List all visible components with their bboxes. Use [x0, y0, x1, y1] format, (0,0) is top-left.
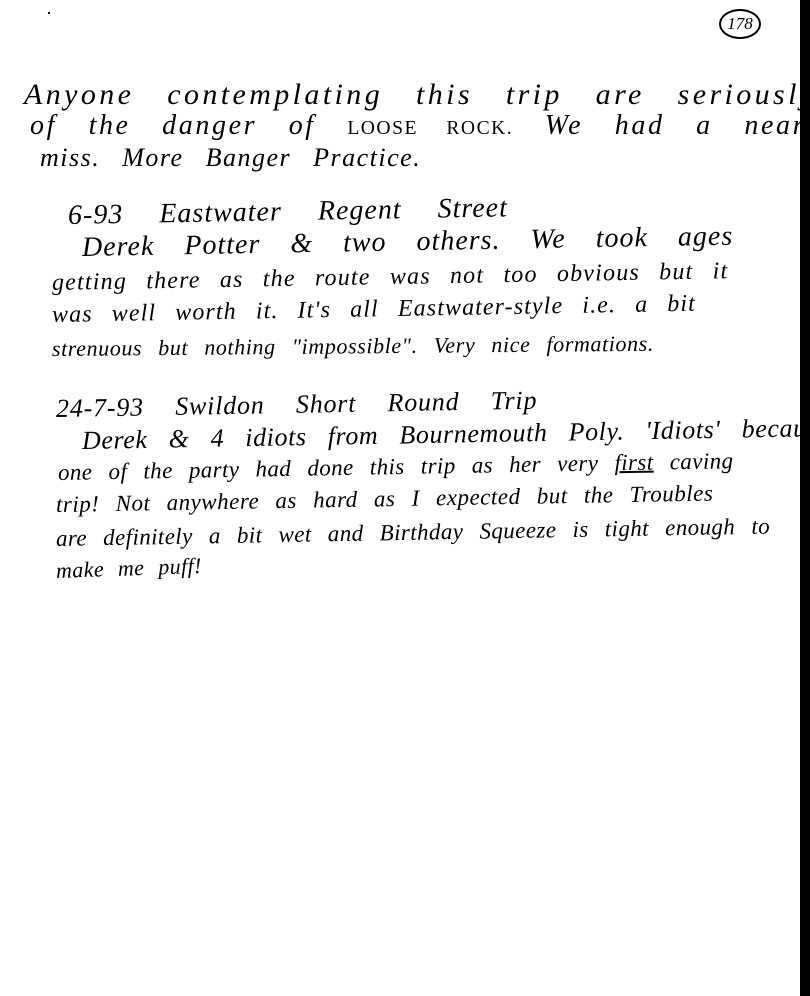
entry-2-line-2-tail: caving: [669, 448, 733, 474]
page-number-circled: 178: [719, 9, 761, 39]
entry-1-line-4: strenuous but nothing "impossible". Very…: [52, 331, 654, 362]
loose-rock-caps: LOOSE ROCK.: [347, 118, 513, 139]
intro-line-3: miss. More Banger Practice.: [40, 143, 421, 173]
entry-2-date: 24-7-93: [56, 392, 144, 423]
entry-2-line-5: make me puff!: [56, 553, 203, 584]
entry-1-line-3: was well worth it. It's all Eastwater-st…: [52, 291, 696, 329]
intro-line-2: of the danger of LOOSE ROCK. We had a ne…: [30, 110, 806, 142]
entry-2-line-2-text: one of the party had done this trip as h…: [58, 451, 599, 485]
entry-2-line-3: trip! Not anywhere as hard as I expected…: [56, 481, 714, 518]
logbook-page: 178 Anyone contemplating this trip are s…: [0, 0, 800, 996]
intro-line-2-start: of the danger of: [30, 110, 316, 141]
scan-speck: [48, 12, 50, 14]
entry-1-date: 6-93: [68, 199, 124, 231]
entry-2-title: Swildon Short Round Trip: [175, 386, 538, 421]
intro-line-1: Anyone contemplating this trip are serio…: [24, 78, 810, 112]
underlined-first: first: [614, 450, 654, 476]
scan-edge-shadow: [800, 0, 810, 996]
entry-2-line-4: are definitely a bit wet and Birthday Sq…: [56, 514, 770, 552]
entry-1-title: Eastwater Regent Street: [159, 192, 508, 229]
intro-line-2-end: We had a near: [545, 110, 806, 141]
entry-2-heading: 24-7-93 Swildon Short Round Trip: [56, 386, 538, 424]
